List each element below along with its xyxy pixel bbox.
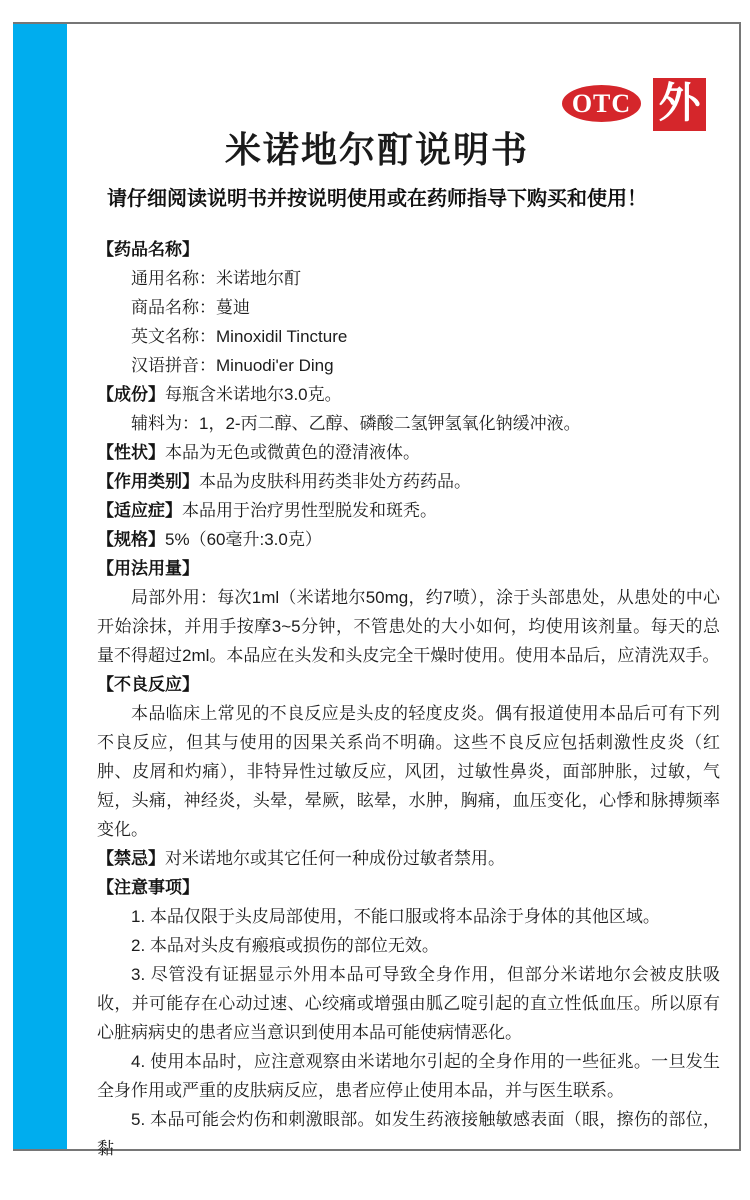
section-inline-text: 5%（60毫升:3.0克） — [165, 530, 322, 549]
section-header-row: 【成份】每瓶含米诺地尔3.0克。 — [97, 380, 720, 409]
section-inline-text: 对米诺地尔或其它任何一种成份过敏者禁用。 — [165, 849, 505, 868]
section-header-row: 【不良反应】 — [97, 670, 720, 699]
section-description: 【性状】本品为无色或微黄色的澄清液体。 — [97, 438, 720, 467]
section-header: 【药品名称】 — [97, 240, 199, 259]
section-contraindications: 【禁忌】对米诺地尔或其它任何一种成份过敏者禁用。 — [97, 844, 720, 873]
precaution-item-3: 3. 尽管没有证据显示外用本品可导致全身作用，但部分米诺地尔会被皮肤吸收，并可能… — [97, 960, 720, 1047]
left-accent-bar — [13, 24, 67, 1149]
section-header: 【不良反应】 — [97, 675, 199, 694]
drug-english-name: 英文名称：Minoxidil Tincture — [97, 322, 720, 351]
section-header-row: 【禁忌】对米诺地尔或其它任何一种成份过敏者禁用。 — [97, 844, 720, 873]
adverse-reactions-paragraph: 本品临床上常见的不良反应是头皮的轻度皮炎。偶有报道使用本品后可有下列不良反应，但… — [97, 699, 720, 844]
section-inline-text: 本品用于治疗男性型脱发和斑秃。 — [182, 501, 437, 520]
external-use-mark-label: 外 — [658, 78, 700, 131]
section-header-row: 【注意事项】 — [97, 873, 720, 902]
section-header-row: 【用法用量】 — [97, 554, 720, 583]
section-adverse-reactions: 【不良反应】 本品临床上常见的不良反应是头皮的轻度皮炎。偶有报道使用本品后可有下… — [97, 670, 720, 844]
section-inline-text: 本品为无色或微黄色的澄清液体。 — [165, 443, 420, 462]
section-precautions: 【注意事项】 1. 本品仅限于头皮局部使用，不能口服或将本品涂于身体的其他区域。… — [97, 873, 720, 1163]
drug-trade-name: 商品名称：蔓迪 — [97, 293, 720, 322]
section-header: 【禁忌】 — [97, 849, 165, 868]
section-drug-name: 【药品名称】 通用名称：米诺地尔酊 商品名称：蔓迪 英文名称：Minoxidil… — [97, 235, 720, 380]
section-header-row: 【适应症】本品用于治疗男性型脱发和斑秃。 — [97, 496, 720, 525]
otc-logo-label: OTC — [572, 89, 631, 119]
section-indications: 【适应症】本品用于治疗男性型脱发和斑秃。 — [97, 496, 720, 525]
section-header: 【用法用量】 — [97, 559, 199, 578]
external-use-mark: 外 — [653, 78, 706, 131]
section-header-row: 【药品名称】 — [97, 235, 720, 264]
section-header-row: 【规格】5%（60毫升:3.0克） — [97, 525, 720, 554]
section-header: 【性状】 — [97, 443, 165, 462]
drug-generic-name: 通用名称：米诺地尔酊 — [97, 264, 720, 293]
section-category: 【作用类别】本品为皮肤科用药类非处方药药品。 — [97, 467, 720, 496]
section-header: 【作用类别】 — [97, 472, 199, 491]
page-title: 米诺地尔酊说明书 — [15, 128, 739, 172]
section-inline-text: 本品为皮肤科用药类非处方药药品。 — [199, 472, 471, 491]
section-header: 【注意事项】 — [97, 878, 199, 897]
drug-pinyin-name: 汉语拼音：Minuodi'er Ding — [97, 351, 720, 380]
precaution-item-2: 2. 本品对头皮有瘢痕或损伤的部位无效。 — [97, 931, 720, 960]
precaution-item-5: 5. 本品可能会灼伤和刺激眼部。如发生药液接触敏感表面（眼，擦伤的部位，黏 — [97, 1105, 720, 1163]
section-header-row: 【作用类别】本品为皮肤科用药类非处方药药品。 — [97, 467, 720, 496]
otc-logo: OTC — [562, 85, 641, 122]
insert-body: 【药品名称】 通用名称：米诺地尔酊 商品名称：蔓迪 英文名称：Minoxidil… — [97, 235, 720, 1163]
section-header: 【适应症】 — [97, 501, 182, 520]
section-header: 【规格】 — [97, 530, 165, 549]
section-header: 【成份】 — [97, 385, 165, 404]
regulatory-marks: OTC 外 — [562, 78, 722, 132]
dosage-paragraph: 局部外用：每次1ml（米诺地尔50mg，约7喷），涂于头部患处，从患处的中心开始… — [97, 583, 720, 670]
insert-sheet: OTC 外 米诺地尔酊说明书 请仔细阅读说明书并按说明使用或在药师指导下购买和使… — [13, 22, 741, 1151]
section-specification: 【规格】5%（60毫升:3.0克） — [97, 525, 720, 554]
section-composition: 【成份】每瓶含米诺地尔3.0克。 辅料为：1，2-丙二醇、乙醇、磷酸二氢钾氢氧化… — [97, 380, 720, 438]
precaution-item-1: 1. 本品仅限于头皮局部使用，不能口服或将本品涂于身体的其他区域。 — [97, 902, 720, 931]
page-subtitle: 请仔细阅读说明书并按说明使用或在药师指导下购买和使用！ — [15, 184, 739, 214]
section-dosage: 【用法用量】 局部外用：每次1ml（米诺地尔50mg，约7喷），涂于头部患处，从… — [97, 554, 720, 670]
section-inline-text: 每瓶含米诺地尔3.0克。 — [165, 385, 342, 404]
section-header-row: 【性状】本品为无色或微黄色的澄清液体。 — [97, 438, 720, 467]
excipients-line: 辅料为：1，2-丙二醇、乙醇、磷酸二氢钾氢氧化钠缓冲液。 — [97, 409, 720, 438]
precaution-item-4: 4. 使用本品时，应注意观察由米诺地尔引起的全身作用的一些征兆。一旦发生全身作用… — [97, 1047, 720, 1105]
